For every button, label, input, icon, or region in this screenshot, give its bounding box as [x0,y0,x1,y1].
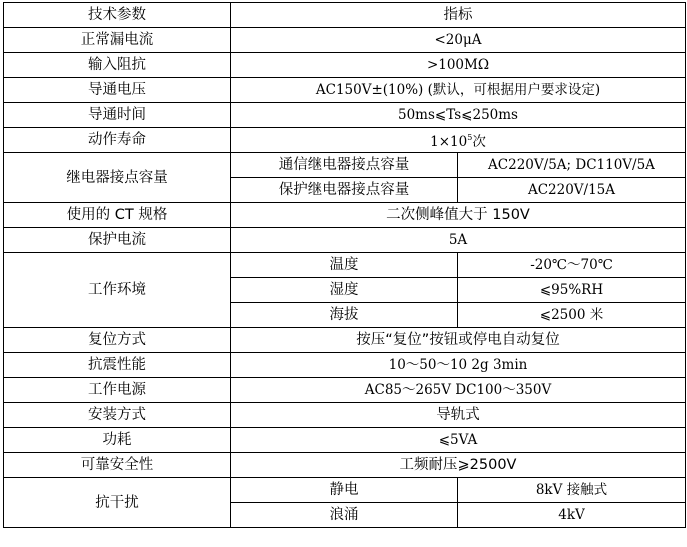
sub-value: -20℃～70℃ [458,253,686,278]
sub-param: 海拔 [231,303,458,328]
sub-value: 4kV [458,503,686,528]
table-row: 可靠安全性 工频耐压⩾2500V [4,453,686,478]
sub-value: AC220V/15A [458,178,686,203]
table-row: 动作寿命 1×105次 [4,128,686,153]
spec-table: 技术参数 指标 正常漏电流 <20μA 输入阻抗 >100MΩ 导通电压 AC1… [3,2,686,528]
sub-value: ⩽2500 米 [458,303,686,328]
sub-value: ⩽95%RH [458,278,686,303]
table-row: 继电器接点容量 通信继电器接点容量 AC220V/5A; DC110V/5A [4,153,686,178]
row-value: ⩽5VA [231,428,686,453]
row-param: 导通时间 [4,103,231,128]
row-value: 导轨式 [231,403,686,428]
sub-param: 湿度 [231,278,458,303]
row-value: 10～50～10 2g 3min [231,353,686,378]
row-value: 按压“复位”按钮或停电自动复位 [231,328,686,353]
row-param: 导通电压 [4,78,231,103]
sub-param: 浪涌 [231,503,458,528]
table-row: 正常漏电流 <20μA [4,28,686,53]
row-param: 抗干扰 [4,478,231,528]
table-row: 抗震性能 10～50～10 2g 3min [4,353,686,378]
table-row: 抗干扰 静电 8kV 接触式 [4,478,686,503]
row-param: 工作电源 [4,378,231,403]
sub-value: 8kV 接触式 [458,478,686,503]
sub-param: 保护继电器接点容量 [231,178,458,203]
row-param: 安装方式 [4,403,231,428]
sub-param: 静电 [231,478,458,503]
row-param: 动作寿命 [4,128,231,153]
row-param: 继电器接点容量 [4,153,231,203]
row-param: 可靠安全性 [4,453,231,478]
table-row: 导通电压 AC150V±(10%) (默认，可根据用户要求设定) [4,78,686,103]
row-value: 1×105次 [231,128,686,153]
header-param: 技术参数 [4,3,231,28]
table-row: 工作电源 AC85～265V DC100～350V [4,378,686,403]
row-param: 抗震性能 [4,353,231,378]
table-row: 功耗 ⩽5VA [4,428,686,453]
sub-param: 通信继电器接点容量 [231,153,458,178]
row-value: <20μA [231,28,686,53]
table-header-row: 技术参数 指标 [4,3,686,28]
row-value: 50ms⩽Ts⩽250ms [231,103,686,128]
row-param: 使用的 CT 规格 [4,203,231,228]
sub-value: AC220V/5A; DC110V/5A [458,153,686,178]
row-param: 保护电流 [4,228,231,253]
sub-param: 温度 [231,253,458,278]
row-value: 5A [231,228,686,253]
row-value: 二次侧峰值大于 150V [231,203,686,228]
table-row: 复位方式 按压“复位”按钮或停电自动复位 [4,328,686,353]
value-suffix: 次 [472,134,486,150]
row-value: AC85～265V DC100～350V [231,378,686,403]
row-param: 复位方式 [4,328,231,353]
row-value: >100MΩ [231,53,686,78]
row-param: 正常漏电流 [4,28,231,53]
row-param: 功耗 [4,428,231,453]
header-value: 指标 [231,3,686,28]
table-row: 导通时间 50ms⩽Ts⩽250ms [4,103,686,128]
table-row: 工作环境 温度 -20℃～70℃ [4,253,686,278]
row-value: 工频耐压⩾2500V [231,453,686,478]
row-value: AC150V±(10%) (默认，可根据用户要求设定) [231,78,686,103]
table-row: 安装方式 导轨式 [4,403,686,428]
row-param: 输入阻抗 [4,53,231,78]
table-row: 保护电流 5A [4,228,686,253]
row-param: 工作环境 [4,253,231,328]
table-row: 输入阻抗 >100MΩ [4,53,686,78]
value-prefix: 1×10 [430,134,467,150]
table-row: 使用的 CT 规格 二次侧峰值大于 150V [4,203,686,228]
